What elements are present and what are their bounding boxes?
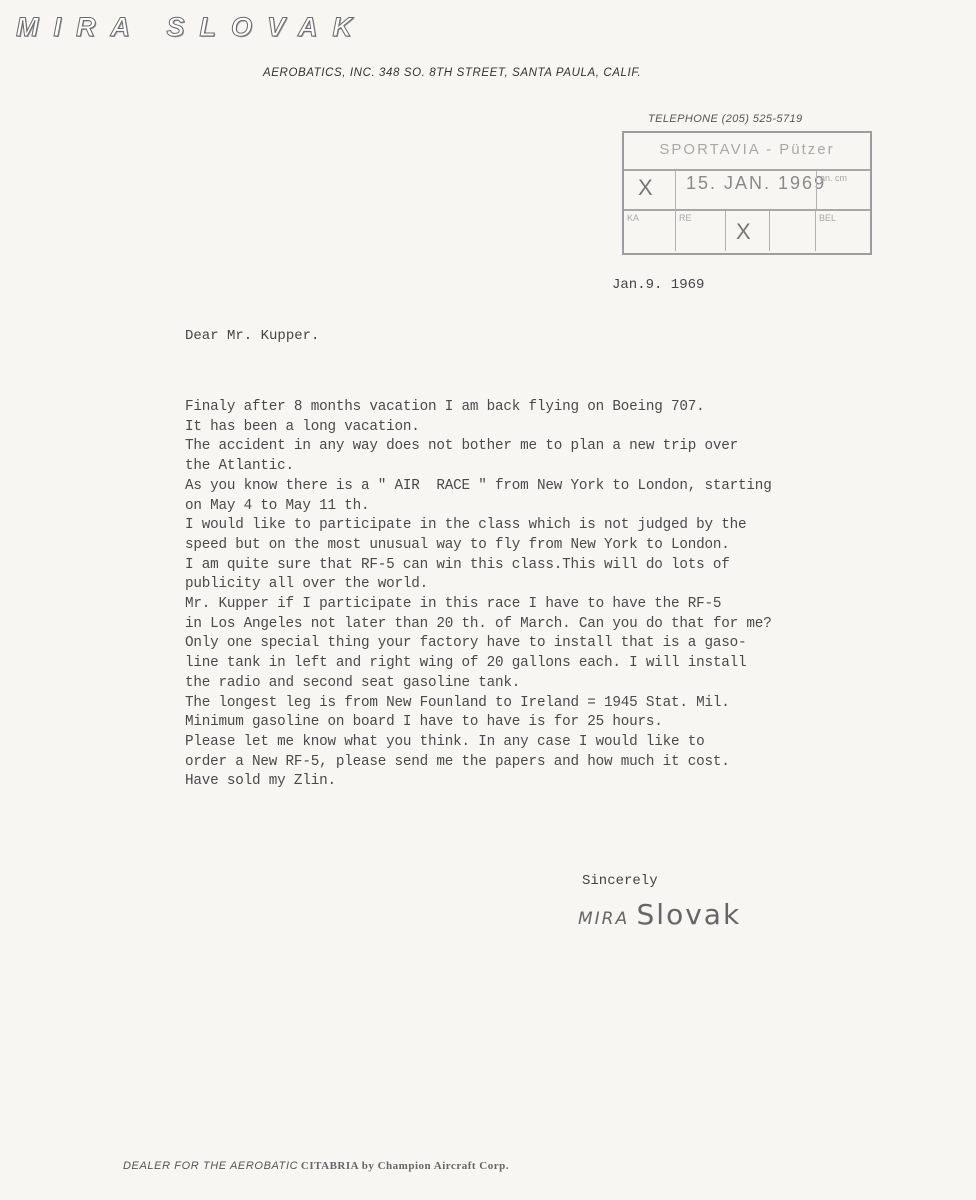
body-line: the radio and second seat gasoline tank. <box>185 674 925 694</box>
body-line: I am quite sure that RF-5 can win this c… <box>185 556 925 576</box>
signature-first: MIRA <box>578 909 629 929</box>
salutation: Dear Mr. Kupper. <box>185 328 319 344</box>
body-line: on May 4 to May 11 th. <box>185 497 925 517</box>
stamp-cell-blank <box>770 211 816 251</box>
letter-date: Jan.9. 1969 <box>612 277 704 293</box>
body-line: Mr. Kupper if I participate in this race… <box>185 595 925 615</box>
body-line: line tank in left and right wing of 20 g… <box>185 654 925 674</box>
body-line: publicity all over the world. <box>185 575 925 595</box>
signature-last: Slovak <box>637 898 742 931</box>
body-line: order a New RF-5, please send me the pap… <box>185 753 925 773</box>
stamp-cell-mark: X <box>624 171 676 211</box>
stamp-cell-re: RE <box>676 211 726 251</box>
letter-body: Finaly after 8 months vacation I am back… <box>185 398 925 792</box>
letterhead-name: MIRA SLOVAK <box>16 12 367 43</box>
stamp-cell-mark-2: X <box>726 211 770 251</box>
body-line: I would like to participate in the class… <box>185 516 925 536</box>
stamp-cell-ka: KA <box>624 211 676 251</box>
stamp-cell-bel: BEL <box>816 211 868 251</box>
body-line: Please let me know what you think. In an… <box>185 733 925 753</box>
stamp-x-mark: X <box>638 175 653 201</box>
stamp-date: 15. JAN. 1969 <box>686 173 826 194</box>
body-line: the Atlantic. <box>185 457 925 477</box>
footer: DEALER FOR THE AEROBATIC CITABRIA by Cha… <box>123 1160 509 1172</box>
body-line: Finaly after 8 months vacation I am back… <box>185 398 925 418</box>
body-line: Only one special thing your factory have… <box>185 634 925 654</box>
signature: MIRA Slovak <box>578 898 741 931</box>
body-line: Have sold my Zlin. <box>185 772 925 792</box>
body-line: in Los Angeles not later than 20 th. of … <box>185 615 925 635</box>
body-line: speed but on the most unusual way to fly… <box>185 536 925 556</box>
stamp-cell-top-right: an. cm <box>816 171 868 211</box>
closing: Sincerely <box>582 873 658 889</box>
letterhead-address: AEROBATICS, INC. 348 SO. 8TH STREET, SAN… <box>263 67 641 79</box>
footer-brand: CITABRIA by Champion Aircraft Corp. <box>301 1160 509 1172</box>
received-stamp: SPORTAVIA - Pützer X 15. JAN. 1969 an. c… <box>622 131 872 255</box>
telephone: TELEPHONE (205) 525-5719 <box>648 113 803 125</box>
body-line: The longest leg is from New Founland to … <box>185 694 925 714</box>
stamp-title: SPORTAVIA - Pützer <box>624 141 870 158</box>
stamp-x-mark-2: X <box>736 219 751 245</box>
body-line: As you know there is a " AIR RACE " from… <box>185 477 925 497</box>
body-line: Minimum gasoline on board I have to have… <box>185 713 925 733</box>
body-line: It has been a long vacation. <box>185 418 925 438</box>
body-line: The accident in any way does not bother … <box>185 437 925 457</box>
footer-dealer: DEALER FOR THE AEROBATIC <box>123 1160 298 1172</box>
